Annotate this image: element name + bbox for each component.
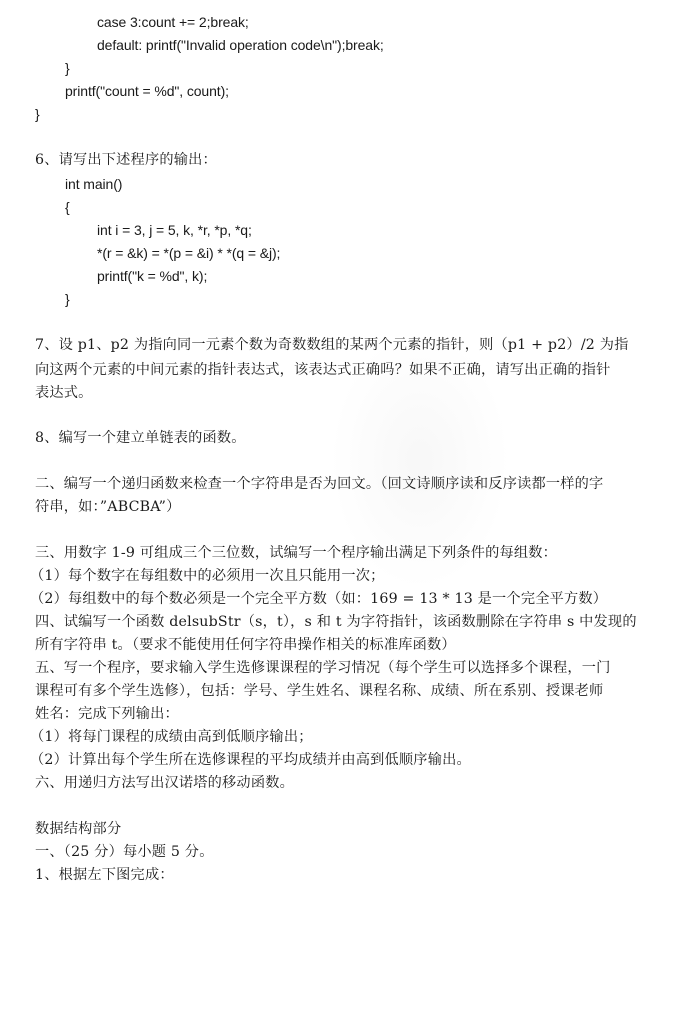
code-line: *(r = &k) = *(p = &i) * *(q = &j); <box>97 243 280 263</box>
section-5-line: 姓名：完成下列输出： <box>35 704 179 724</box>
section-2-line: 符串，如：”ABCBA”） <box>35 497 181 517</box>
section-5-item: （1）将每门课程的成绩由高到低顺序输出； <box>30 727 313 747</box>
code-line: printf("count = %d", count); <box>65 81 229 101</box>
section-5-line: 课程可有多个学生选修），包括：学号、学生姓名、课程名称、成绩、所在系别、授课老师 <box>35 681 603 701</box>
code-line: printf("k = %d", k); <box>97 266 207 286</box>
section-3-item: （2）每组数中的每个数必须是一个完全平方数（如：169 = 13 * 13 是一… <box>30 589 607 609</box>
data-structures-heading: 数据结构部分 <box>35 819 121 839</box>
data-structures-part-1: 一、（25 分）每小题 5 分。 <box>35 842 214 862</box>
code-line: } <box>65 58 70 78</box>
question-7-line: 7、设 p1、p2 为指向同一元素个数为奇数数组的某两个元素的指针，则（p1 +… <box>35 335 629 355</box>
code-line: case 3:count += 2;break; <box>97 12 249 32</box>
code-line: int main() <box>65 174 122 194</box>
section-2-line: 二、编写一个递归函数来检查一个字符串是否为回文。（回文诗顺序读和反序读都一样的字 <box>35 474 603 494</box>
section-5-item: （2）计算出每个学生所在选修课程的平均成绩并由高到低顺序输出。 <box>30 750 471 770</box>
question-6-title: 6、请写出下述程序的输出： <box>35 150 217 170</box>
section-5-line: 五、写一个程序，要求输入学生选修课课程的学习情况（每个学生可以选择多个课程，一门 <box>35 658 611 678</box>
code-line: int i = 3, j = 5, k, *r, *p, *q; <box>97 220 252 240</box>
question-7-line: 向这两个元素的中间元素的指针表达式，该表达式正确吗？如果不正确，请写出正确的指针 <box>35 360 611 380</box>
data-structures-question-1: 1、根据左下图完成： <box>35 865 174 885</box>
section-6: 六、用递归方法写出汉诺塔的移动函数。 <box>35 773 294 793</box>
code-line: } <box>35 104 40 124</box>
section-4-line: 所有字符串 t。（要求不能使用任何字符串操作相关的标准库函数） <box>35 635 456 655</box>
code-line: { <box>65 197 70 217</box>
question-7-line: 表达式。 <box>35 383 93 403</box>
section-3-title: 三、用数字 1-9 可组成三个三位数，试编写一个程序输出满足下列条件的每组数： <box>35 543 557 563</box>
section-4-line: 四、试编写一个函数 delsubStr（s，t），s 和 t 为字符指针，该函数… <box>35 612 637 632</box>
code-line: default: printf("Invalid operation code\… <box>97 35 384 55</box>
code-line: } <box>65 289 70 309</box>
section-3-item: （1）每个数字在每组数中的必须用一次且只能用一次； <box>30 566 385 586</box>
question-8: 8、编写一个建立单链表的函数。 <box>35 428 246 448</box>
